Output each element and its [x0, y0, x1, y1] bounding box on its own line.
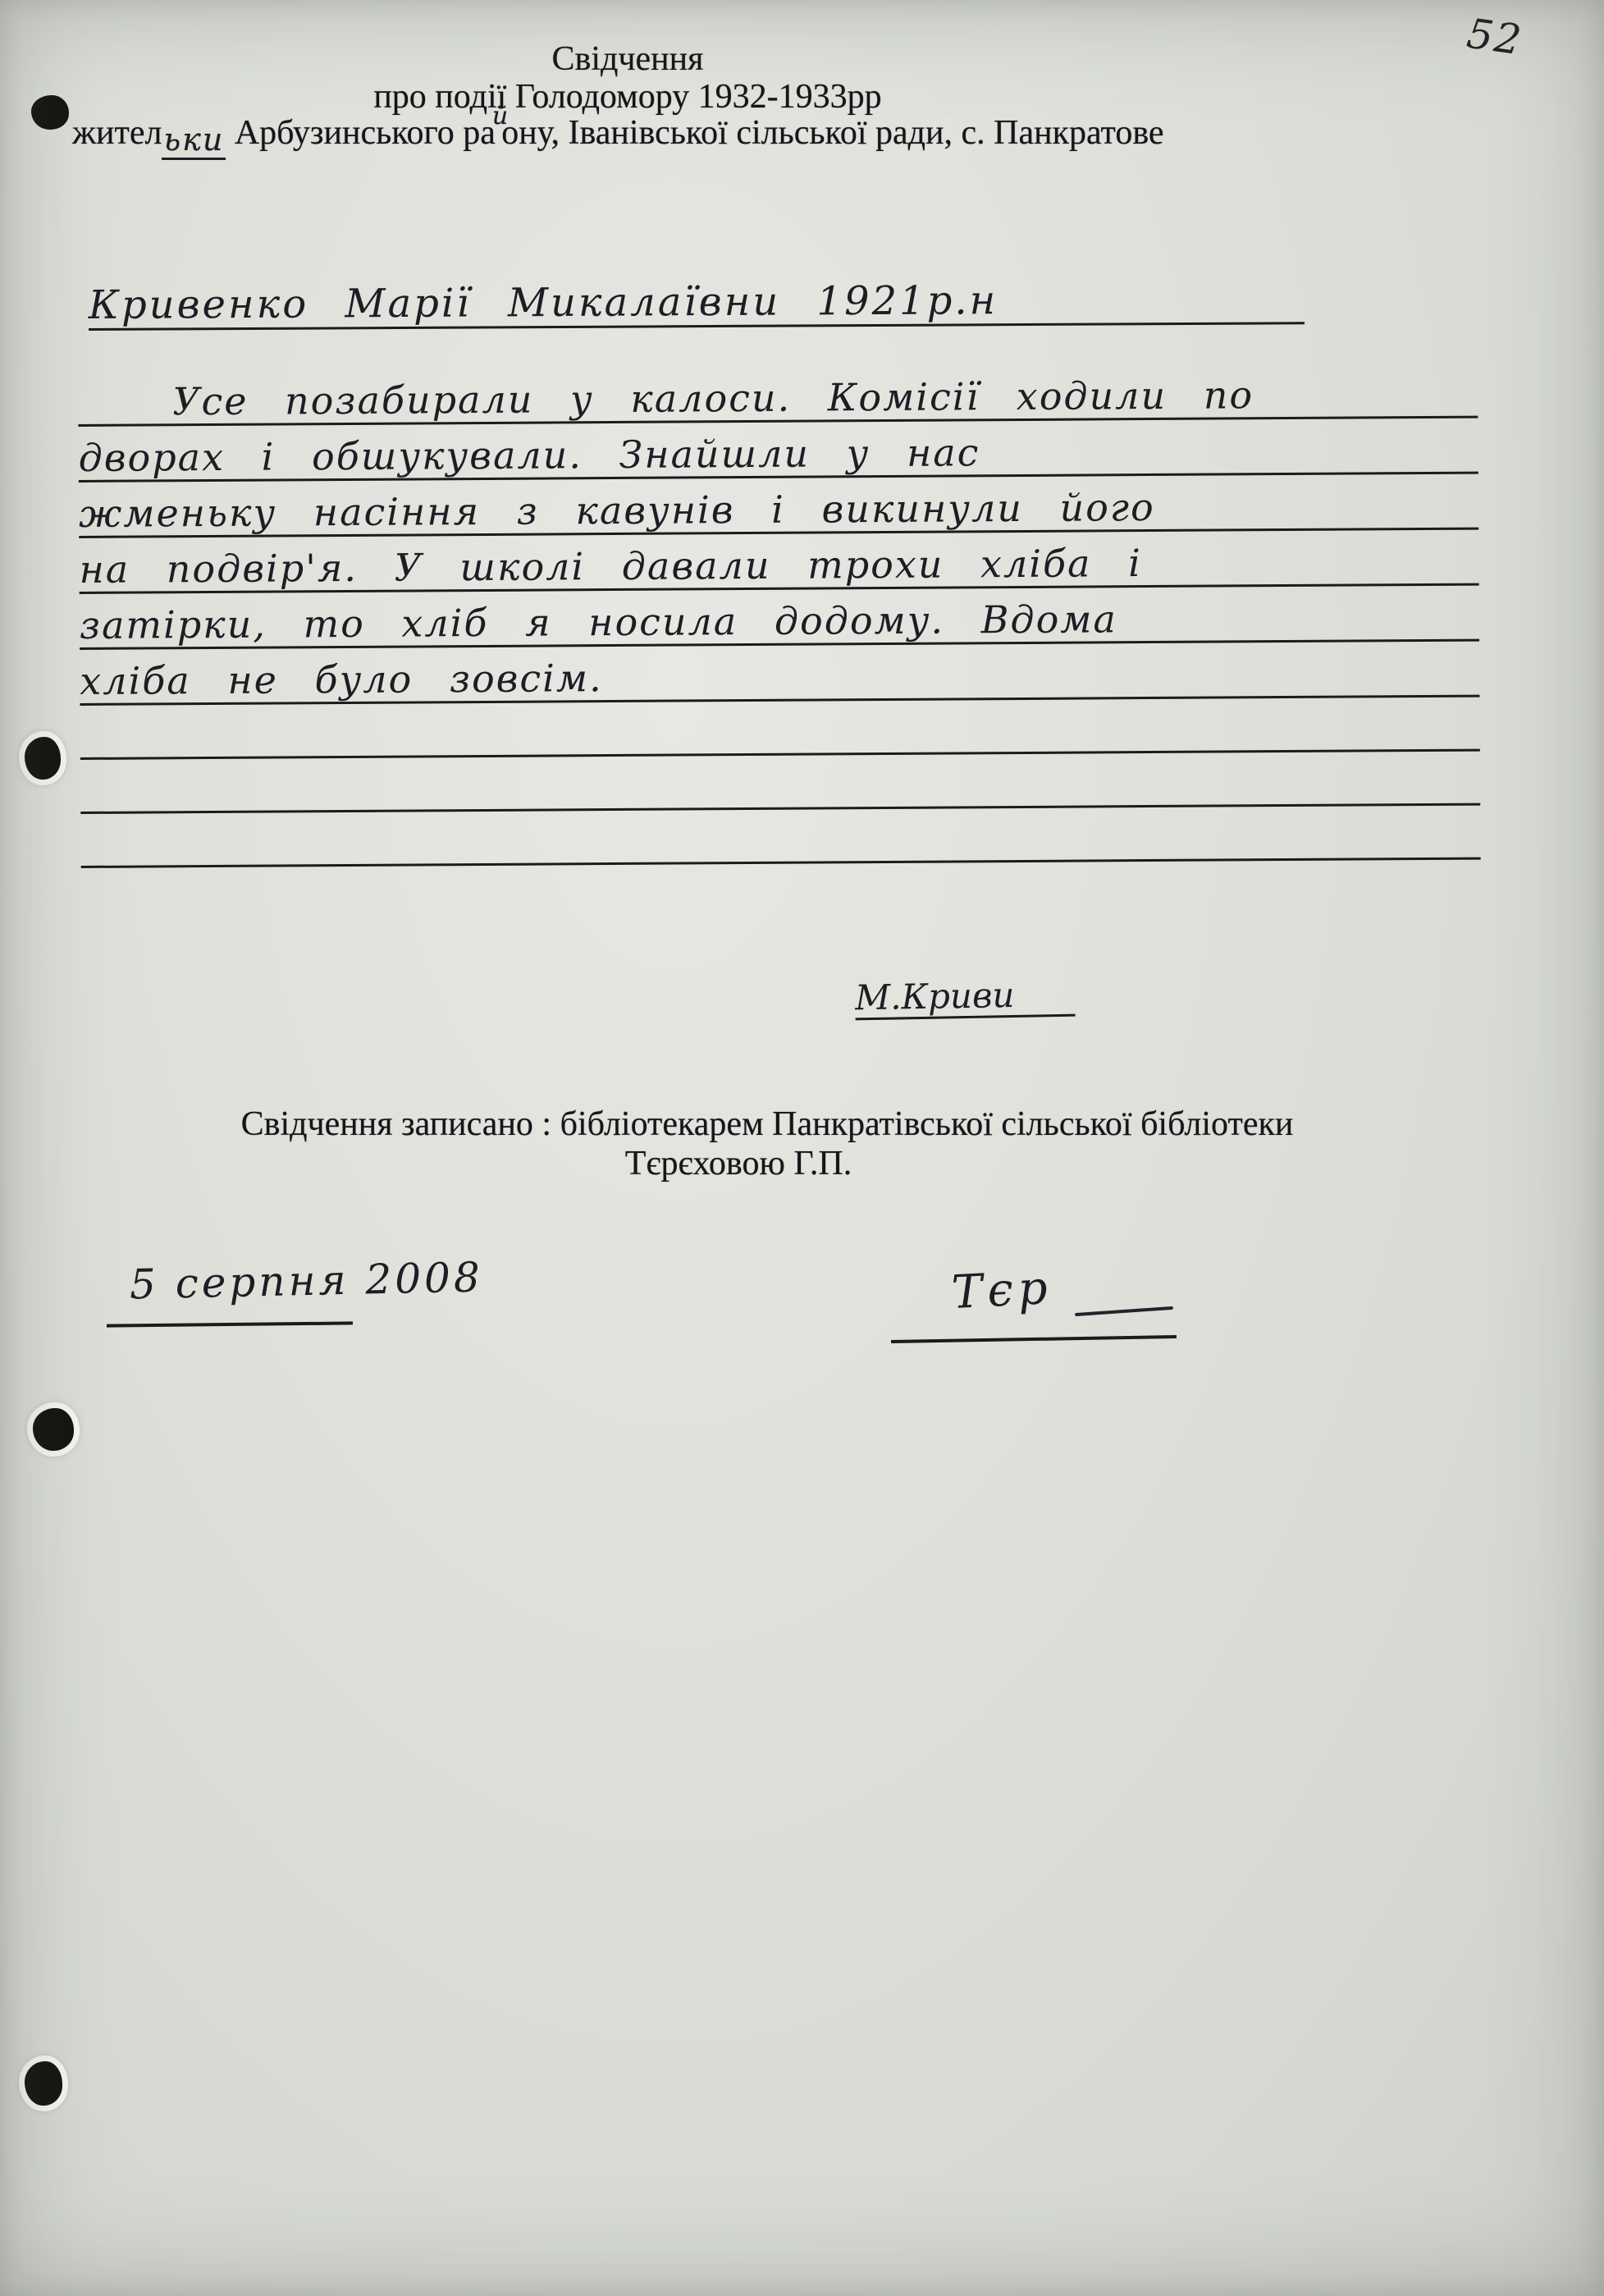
handwritten-insert: ьки	[162, 121, 226, 160]
testimony-line: дворах і обшукували. Знайшли у нас	[78, 418, 1478, 483]
hole-punch	[25, 2061, 62, 2106]
residents-printed-middle: Арбузинського ра	[226, 114, 496, 152]
testimony-line: затірки, то хліб я носила додому. Вдома	[80, 586, 1479, 650]
testimony-line: хліба не було зовсім.	[80, 642, 1479, 706]
hole-punch	[31, 95, 69, 130]
page-number: 52	[1464, 10, 1525, 65]
recorder-name: Тєрєховою Г.П.	[0, 1144, 1477, 1183]
empty-ruled-line	[80, 752, 1480, 814]
witness-signature: М.Криви	[854, 957, 1075, 1021]
testimony-line: Усе позабирали у калоси. Комісії ходили …	[78, 363, 1478, 427]
empty-ruled-line	[80, 697, 1479, 760]
recorded-by-line: Свідчення записано : бібліотекарем Панкр…	[0, 1105, 1534, 1144]
recorder-signature-underline	[891, 1335, 1177, 1343]
handwritten-correction: й	[492, 102, 508, 130]
empty-ruled-line	[80, 806, 1480, 868]
witness-name: Кривенко Марії Микалаївни 1921р.н	[89, 277, 999, 328]
date-underline	[107, 1321, 353, 1327]
document-subtitle: про події Голодомору 1932-1933рр	[0, 77, 1255, 117]
testimony-block: Усе позабирали у калоси. Комісії ходили …	[78, 363, 1481, 868]
witness-name-line: Кривенко Марії Микалаївни 1921р.н	[89, 246, 1305, 331]
residents-line: жительки Арбузинського району, Іванівськ…	[72, 113, 1164, 153]
hole-punch	[33, 1408, 74, 1451]
document-title: Свідчення	[0, 39, 1255, 79]
scanned-testimony-page: 52 Свідчення про події Голодомору 1932-1…	[0, 0, 1604, 2296]
recorder-signature: Тєр	[950, 1261, 1053, 1320]
handwritten-date: 5 серпня 2008	[129, 1253, 483, 1308]
testimony-line: жменьку насіння з кавунів і викинули йог…	[79, 474, 1478, 538]
residents-printed-prefix: жител	[72, 114, 162, 152]
residents-printed-suffix: ону, Іванівської сільської ради, с. Панк…	[501, 114, 1163, 152]
testimony-line: на подвір'я. У школі давали трохи хліба …	[79, 530, 1478, 594]
hole-punch	[25, 737, 61, 780]
signature-flourish	[1075, 1306, 1173, 1316]
